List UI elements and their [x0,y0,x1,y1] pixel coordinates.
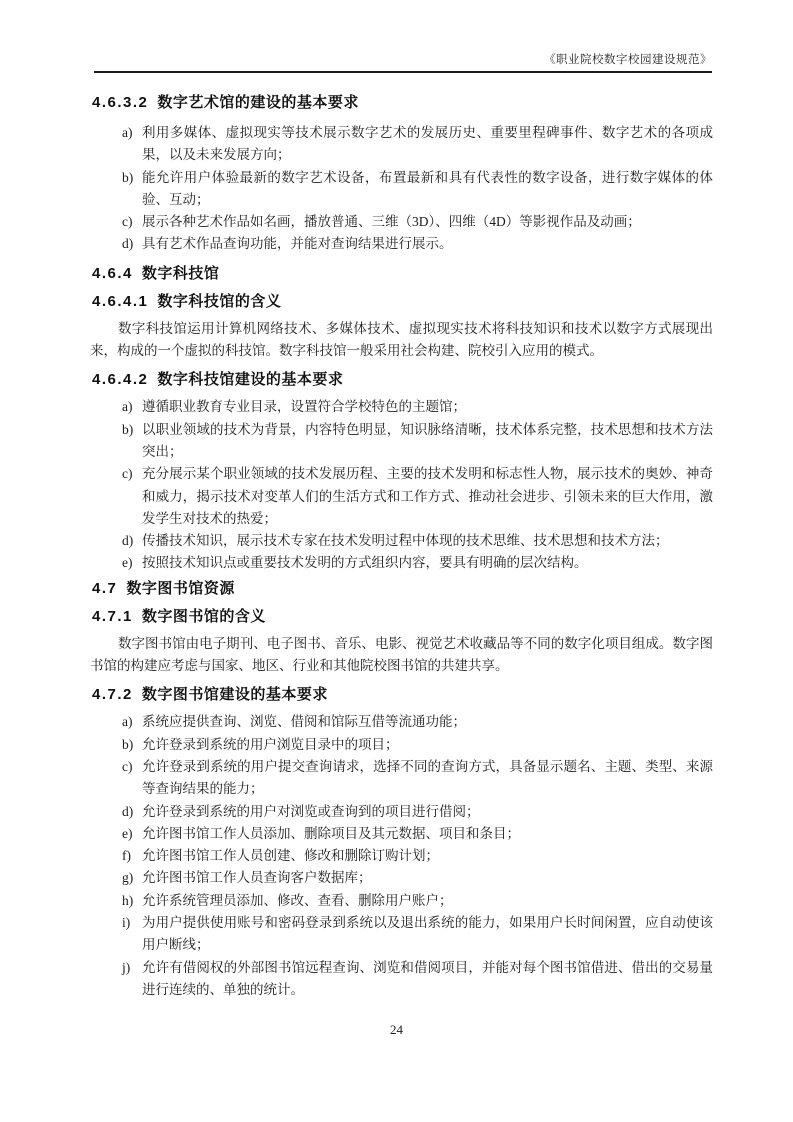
list-item: e) 按照技术知识点或重要技术发明的方式组织内容，要具有明确的层次结构。 [90,552,713,574]
list-item: c) 充分展示某个职业领域的技术发展历程、主要的技术发明和标志性人物，展示技术的… [90,463,713,530]
section-heading-4-6-4-2: 4.6.4.2 数字科技馆建设的基本要求 [92,370,713,390]
list-item-text: 展示各种艺术作品如名画，播放普通、三维（3D）、四维（4D）等影视作品及动画； [142,211,713,233]
page-header: 《职业院校数字校园建设规范》 [544,51,712,67]
section-number: 4.7.2 [92,685,133,705]
list-item-label: d) [122,801,142,823]
list-item-label: g) [122,867,142,889]
list-item-text: 传播技术知识，展示技术专家在技术发明过程中体现的技术思维、技术思想和技术方法； [142,530,713,552]
section-heading-4-7-1: 4.7.1 数字图书馆的含义 [92,607,713,627]
paragraph-4-7-1: 数字图书馆由电子期刊、电子图书、音乐、电影、视觉艺术收藏品等不同的数字化项目组成… [90,633,713,678]
list-item: d) 传播技术知识，展示技术专家在技术发明过程中体现的技术思维、技术思想和技术方… [90,530,713,552]
list-item-text: 为用户提供使用账号和密码登录到系统以及退出系统的能力，如果用户长时间闲置，应自动… [142,912,713,957]
list-item-label: d) [122,233,142,255]
list-item: d) 允许登录到系统的用户对浏览或查询到的项目进行借阅； [90,801,713,823]
requirement-list-4-6-3-2: a) 利用多媒体、虚拟现实等技术展示数字艺术的发展历史、重要里程碑事件、数字艺术… [90,122,713,256]
section-title: 数字图书馆建设的基本要求 [142,685,328,705]
section-title: 数字科技馆的含义 [157,292,281,312]
section-heading-4-7: 4.7 数字图书馆资源 [92,579,713,599]
section-number: 4.7 [92,579,117,599]
list-item-text: 能允许用户体验最新的数字艺术设备，布置最新和具有代表性的数字设备，进行数字媒体的… [142,167,713,212]
section-title: 数字图书馆资源 [126,579,235,599]
list-item: a) 系统应提供查询、浏览、借阅和馆际互借等流通功能； [90,711,713,733]
section-number: 4.6.4.2 [92,370,148,390]
list-item-label: a) [122,396,142,418]
section-title: 数字艺术馆的建设的基本要求 [157,93,359,113]
list-item: h) 允许系统管理员添加、修改、查看、删除用户账户； [90,890,713,912]
page-content: 4.6.3.2 数字艺术馆的建设的基本要求 a) 利用多媒体、虚拟现实等技术展示… [90,73,713,1001]
list-item-text: 系统应提供查询、浏览、借阅和馆际互借等流通功能； [142,711,713,733]
list-item-label: c) [122,756,142,801]
section-heading-4-6-4: 4.6.4 数字科技馆 [92,264,713,284]
list-item-text: 允许系统管理员添加、修改、查看、删除用户账户； [142,890,713,912]
section-heading-4-6-4-1: 4.6.4.1 数字科技馆的含义 [92,292,713,312]
list-item-text: 遵循职业教育专业目录，设置符合学校特色的主题馆； [142,396,713,418]
section-number: 4.6.4.1 [92,292,148,312]
list-item-text: 按照技术知识点或重要技术发明的方式组织内容，要具有明确的层次结构。 [142,552,713,574]
section-title: 数字科技馆 [142,264,220,284]
list-item: b) 以职业领域的技术为背景，内容特色明显，知识脉络清晰，技术体系完整，技术思想… [90,419,713,464]
list-item-label: e) [122,552,142,574]
list-item-label: i) [122,912,142,957]
list-item-label: b) [122,419,142,464]
section-number: 4.6.4 [92,264,133,284]
list-item-label: c) [122,211,142,233]
list-item: b) 能允许用户体验最新的数字艺术设备，布置最新和具有代表性的数字设备，进行数字… [90,167,713,212]
list-item-text: 允许登录到系统的用户对浏览或查询到的项目进行借阅； [142,801,713,823]
list-item: g) 允许图书馆工作人员查询客户数据库； [90,867,713,889]
section-number: 4.6.3.2 [92,93,148,113]
requirement-list-4-6-4-2: a) 遵循职业教育专业目录，设置符合学校特色的主题馆； b) 以职业领域的技术为… [90,396,713,574]
list-item-label: a) [122,122,142,167]
list-item-text: 充分展示某个职业领域的技术发展历程、主要的技术发明和标志性人物，展示技术的奥妙、… [142,463,713,530]
list-item-label: j) [122,957,142,1002]
list-item: c) 允许登录到系统的用户提交查询请求，选择不同的查询方式，具备显示题名、主题、… [90,756,713,801]
list-item-label: h) [122,890,142,912]
list-item: i) 为用户提供使用账号和密码登录到系统以及退出系统的能力，如果用户长时间闲置，… [90,912,713,957]
list-item-label: b) [122,167,142,212]
list-item-label: d) [122,530,142,552]
list-item-text: 允许登录到系统的用户浏览目录中的项目； [142,734,713,756]
list-item-label: e) [122,823,142,845]
list-item-text: 允许图书馆工作人员创建、修改和删除订购计划； [142,845,713,867]
list-item-text: 具有艺术作品查询功能，并能对查询结果进行展示。 [142,233,713,255]
list-item-label: b) [122,734,142,756]
list-item: a) 利用多媒体、虚拟现实等技术展示数字艺术的发展历史、重要里程碑事件、数字艺术… [90,122,713,167]
section-title: 数字图书馆的含义 [142,607,266,627]
list-item: c) 展示各种艺术作品如名画，播放普通、三维（3D）、四维（4D）等影视作品及动… [90,211,713,233]
list-item: d) 具有艺术作品查询功能，并能对查询结果进行展示。 [90,233,713,255]
list-item-label: f) [122,845,142,867]
list-item: j) 允许有借阅权的外部图书馆远程查询、浏览和借阅项目，并能对每个图书馆借进、借… [90,957,713,1002]
paragraph-4-6-4-1: 数字科技馆运用计算机网络技术、多媒体技术、虚拟现实技术将科技知识和技术以数字方式… [90,318,713,363]
section-number: 4.7.1 [92,607,133,627]
list-item-text: 允许有借阅权的外部图书馆远程查询、浏览和借阅项目，并能对每个图书馆借进、借出的交… [142,957,713,1002]
section-heading-4-7-2: 4.7.2 数字图书馆建设的基本要求 [92,685,713,705]
doc-title: 《职业院校数字校园建设规范》 [544,54,712,66]
list-item-text: 允许登录到系统的用户提交查询请求，选择不同的查询方式，具备显示题名、主题、类型、… [142,756,713,801]
page-footer: 24 [0,1022,793,1038]
document-page: 《职业院校数字校园建设规范》 4.6.3.2 数字艺术馆的建设的基本要求 a) … [0,0,793,1122]
list-item: f) 允许图书馆工作人员创建、修改和删除订购计划； [90,845,713,867]
list-item: b) 允许登录到系统的用户浏览目录中的项目； [90,734,713,756]
page-number: 24 [390,1022,403,1037]
section-title: 数字科技馆建设的基本要求 [157,370,343,390]
list-item-text: 利用多媒体、虚拟现实等技术展示数字艺术的发展历史、重要里程碑事件、数字艺术的各项… [142,122,713,167]
list-item-text: 允许图书馆工作人员查询客户数据库； [142,867,713,889]
list-item: a) 遵循职业教育专业目录，设置符合学校特色的主题馆； [90,396,713,418]
list-item-label: a) [122,711,142,733]
requirement-list-4-7-2: a) 系统应提供查询、浏览、借阅和馆际互借等流通功能； b) 允许登录到系统的用… [90,711,713,1001]
list-item-text: 以职业领域的技术为背景，内容特色明显，知识脉络清晰，技术体系完整，技术思想和技术… [142,419,713,464]
list-item-label: c) [122,463,142,530]
list-item-text: 允许图书馆工作人员添加、删除项目及其元数据、项目和条目； [142,823,713,845]
section-heading-4-6-3-2: 4.6.3.2 数字艺术馆的建设的基本要求 [92,93,713,113]
list-item: e) 允许图书馆工作人员添加、删除项目及其元数据、项目和条目； [90,823,713,845]
